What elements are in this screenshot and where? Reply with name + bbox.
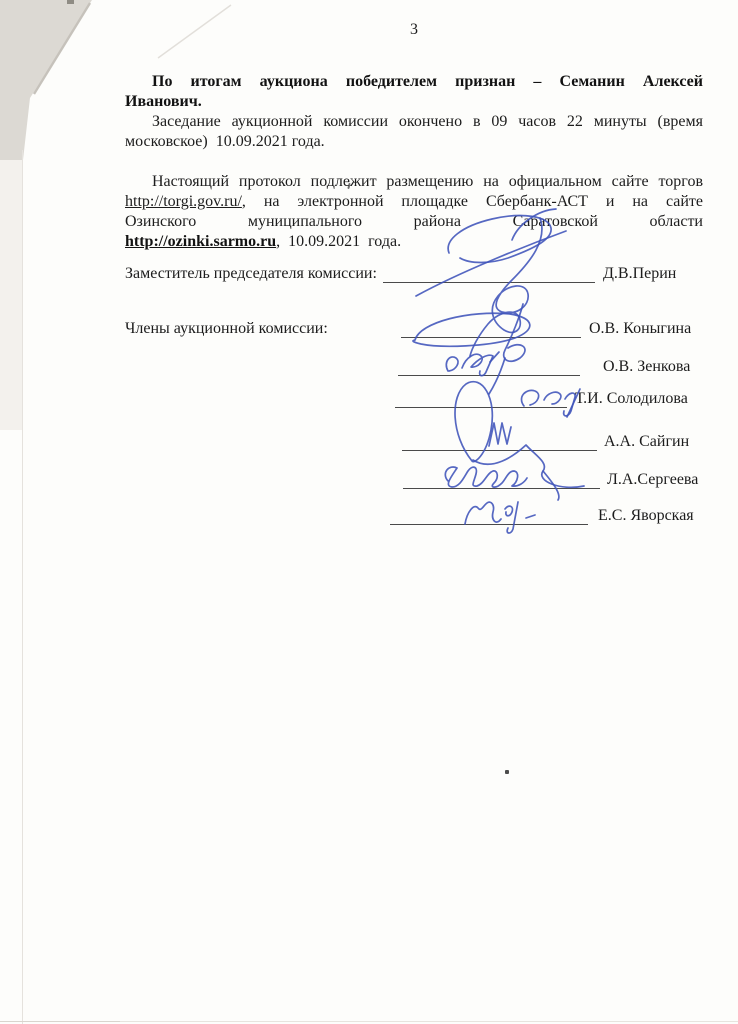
- signature-line: [390, 506, 588, 525]
- winner-paragraph-line2: Иванович.: [125, 92, 703, 112]
- signature-row-yavorskaya: Е.С. Яворская: [125, 505, 715, 525]
- meeting-paragraph-line1: Заседание аукционной комиссии окончено в…: [125, 112, 703, 132]
- protocol-paragraph-line3: Озинского муниципального района Саратовс…: [125, 212, 703, 232]
- signature-row-perin: Заместитель председателя комиссии: Д.В.П…: [125, 263, 715, 283]
- protocol-line2-text: , на электронной площадке Сбербанк-АСТ и…: [242, 193, 703, 210]
- protocol-paragraph-line2: http://torgi.gov.ru/, на электронной пло…: [125, 192, 703, 212]
- signer-name: Д.В.Перин: [603, 265, 676, 283]
- protocol-paragraph-line1: Настоящий протокол подлежит размещению н…: [125, 172, 703, 192]
- signature-row-sergeeva: Л.А.Сергеева: [125, 469, 715, 489]
- signer-name: Т.И. Солодилова: [575, 390, 688, 408]
- signer-name: Л.А.Сергеева: [607, 471, 698, 489]
- scan-speck-top: [67, 0, 74, 4]
- signer-name: Е.С. Яворская: [598, 507, 694, 525]
- paper-left-edge: [22, 150, 23, 1024]
- members-label: Члены аукционной комиссии:: [125, 320, 328, 338]
- signer-name: О.В. Зенкова: [603, 358, 690, 376]
- torgi-gov-link: http://torgi.gov.ru/: [125, 193, 242, 210]
- signature-line: [395, 389, 567, 408]
- paper-bottom-edge-dark: [0, 1021, 120, 1022]
- left-paper-margin: [0, 160, 23, 430]
- signature-line: [402, 432, 597, 451]
- meeting-paragraph-line2: московское) 10.09.2021 года.: [125, 132, 703, 152]
- signature-line: [401, 319, 581, 338]
- document-body: По итогам аукциона победителем признан –…: [125, 72, 703, 252]
- ozinki-sarmo-link: http://ozinki.sarmo.ru: [125, 233, 276, 250]
- protocol-paragraph-line4: http://ozinki.sarmo.ru, 10.09.2021 года.: [125, 232, 703, 252]
- signature-line: [398, 357, 580, 376]
- deputy-chair-label: Заместитель председателя комиссии:: [125, 265, 377, 283]
- paragraph-gap: [125, 152, 703, 172]
- signature-row-konygina: Члены аукционной комиссии: О.В. Коныгина: [125, 318, 715, 338]
- signature-row-saygin: А.А. Сайгин: [125, 431, 715, 451]
- signature-line: [403, 470, 600, 489]
- winner-paragraph-line1: По итогам аукциона победителем признан –…: [125, 72, 703, 92]
- page-number: 3: [125, 20, 703, 40]
- signature-line: [383, 264, 595, 283]
- protocol-line4-text: , 10.09.2021 года.: [276, 233, 401, 250]
- signer-name: А.А. Сайгин: [604, 433, 689, 451]
- signature-row-solodilova: Т.И. Солодилова: [125, 388, 715, 408]
- scan-speck: [505, 770, 509, 774]
- scanned-document-page: 3 По итогам аукциона победителем признан…: [0, 0, 738, 1024]
- signature-row-zenkova: О.В. Зенкова: [125, 356, 715, 376]
- signer-name: О.В. Коныгина: [589, 320, 691, 338]
